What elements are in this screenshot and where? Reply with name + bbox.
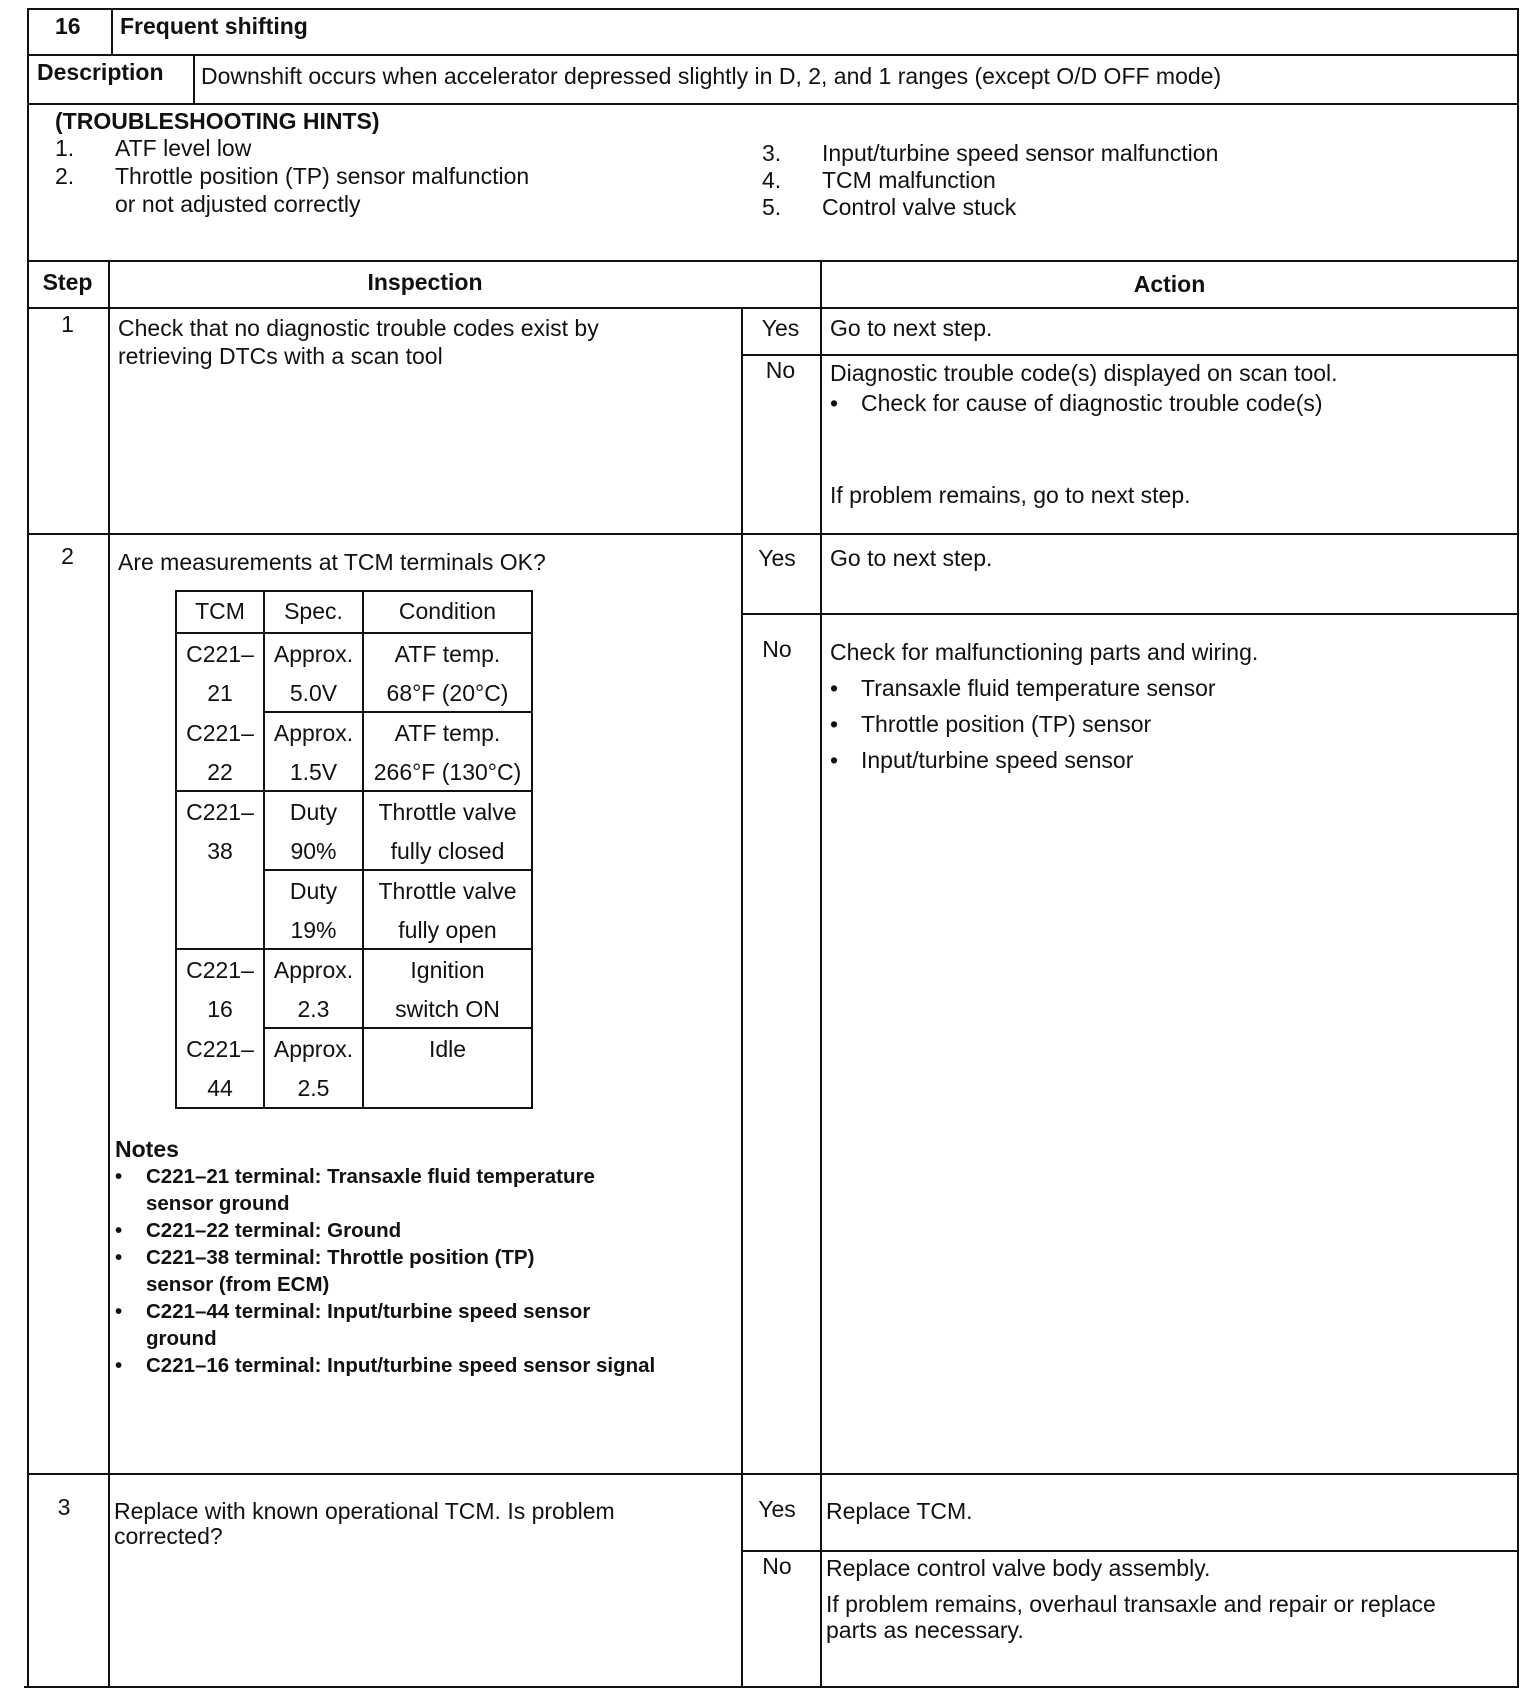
hint-text: Input/turbine speed sensor malfunction xyxy=(822,139,1218,167)
hint-text: TCM malfunction xyxy=(822,166,996,194)
table-cell-cond: 68°F (20°C) xyxy=(364,679,531,707)
no-action-bullet: Input/turbine speed sensor xyxy=(861,746,1133,774)
table-cell-tcm: 44 xyxy=(177,1074,263,1102)
border-top xyxy=(27,8,1519,10)
divider xyxy=(741,613,1519,615)
notes-title: Notes xyxy=(115,1135,179,1163)
table-cell-spec: 90% xyxy=(265,837,362,865)
divider xyxy=(741,354,1519,356)
table-cell-cond: fully closed xyxy=(364,837,531,865)
table-cell-tcm: C221– xyxy=(177,798,263,826)
hint-text: or not adjusted correctly xyxy=(115,190,360,218)
divider xyxy=(175,1107,533,1109)
table-cell-cond: Ignition xyxy=(364,956,531,984)
description-text: Downshift occurs when accelerator depres… xyxy=(201,62,1221,90)
table-cell-spec: 2.3 xyxy=(265,995,362,1023)
hint-text: Throttle position (TP) sensor malfunctio… xyxy=(115,162,529,190)
table-cell-spec: Approx. xyxy=(265,640,362,668)
divider xyxy=(27,1473,1519,1475)
hint-number: 1. xyxy=(55,134,74,162)
divider xyxy=(175,790,533,792)
step-number: 1 xyxy=(27,310,108,338)
note-item: C221–16 terminal: Input/turbine speed se… xyxy=(146,1352,655,1379)
divider xyxy=(27,533,1519,535)
no-action-bullet: Transaxle fluid temperature sensor xyxy=(861,674,1216,702)
table-cell-spec: 5.0V xyxy=(265,679,362,707)
divider xyxy=(27,260,1519,262)
note-item: C221–21 terminal: Transaxle fluid temper… xyxy=(146,1163,595,1190)
table-header-spec: Spec. xyxy=(265,597,362,625)
yes-label: Yes xyxy=(741,314,820,342)
step-number: 2 xyxy=(27,542,108,570)
table-cell-spec: Duty xyxy=(265,798,362,826)
divider xyxy=(27,54,1519,56)
no-action: Check for malfunctioning parts and wirin… xyxy=(830,638,1258,666)
divider xyxy=(27,103,1519,105)
note-item: C221–22 terminal: Ground xyxy=(146,1217,401,1244)
section-number: 16 xyxy=(55,12,81,40)
bullet-icon: • xyxy=(830,746,838,774)
yes-label: Yes xyxy=(741,1495,813,1523)
section-title: Frequent shifting xyxy=(120,12,308,40)
step-number: 3 xyxy=(27,1493,101,1521)
bullet-icon: • xyxy=(115,1244,122,1271)
table-cell-spec: 2.5 xyxy=(265,1074,362,1102)
table-cell-spec: Approx. xyxy=(265,719,362,747)
no-action: Diagnostic trouble code(s) displayed on … xyxy=(830,359,1338,387)
divider xyxy=(741,307,743,1688)
hint-number: 5. xyxy=(762,193,781,221)
table-header-condition: Condition xyxy=(364,597,531,625)
hints-title: (TROUBLESHOOTING HINTS) xyxy=(55,107,380,135)
table-cell-cond: Idle xyxy=(364,1035,531,1063)
table-cell-spec: 19% xyxy=(265,916,362,944)
note-item-continued: sensor ground xyxy=(146,1190,290,1217)
inspection-text: Replace with known operational TCM. Is p… xyxy=(114,1497,615,1525)
note-item-continued: ground xyxy=(146,1325,217,1352)
yes-action: Go to next step. xyxy=(830,544,992,572)
divider xyxy=(263,1027,533,1029)
bullet-icon: • xyxy=(115,1352,122,1379)
table-cell-spec: Duty xyxy=(265,877,362,905)
table-cell-tcm: 22 xyxy=(177,758,263,786)
bullet-icon: • xyxy=(830,710,838,738)
table-cell-tcm: 16 xyxy=(177,995,263,1023)
inspection-text: Check that no diagnostic trouble codes e… xyxy=(118,314,678,370)
yes-action: Go to next step. xyxy=(830,314,992,342)
bullet-icon: • xyxy=(115,1298,122,1325)
divider xyxy=(175,590,533,592)
divider xyxy=(27,307,1519,309)
bullet-icon: • xyxy=(830,389,838,417)
column-header-step: Step xyxy=(27,268,108,296)
table-cell-tcm: C221– xyxy=(177,640,263,668)
column-header-action: Action xyxy=(822,270,1517,298)
table-cell-tcm: C221– xyxy=(177,956,263,984)
divider xyxy=(263,711,533,713)
table-cell-cond: ATF temp. xyxy=(364,719,531,747)
table-cell-cond: fully open xyxy=(364,916,531,944)
hint-text: Control valve stuck xyxy=(822,193,1016,221)
divider xyxy=(531,590,533,1109)
no-label: No xyxy=(741,635,813,663)
bullet-icon: • xyxy=(115,1163,122,1190)
table-cell-cond: 266°F (130°C) xyxy=(364,758,531,786)
table-cell-tcm: 38 xyxy=(177,837,263,865)
table-cell-tcm: 21 xyxy=(177,679,263,707)
no-label: No xyxy=(741,1552,813,1580)
no-action-footer: If problem remains, go to next step. xyxy=(830,481,1191,509)
note-item: C221–44 terminal: Input/turbine speed se… xyxy=(146,1298,590,1325)
inspection-text: Are measurements at TCM terminals OK? xyxy=(118,548,546,576)
yes-label: Yes xyxy=(741,544,813,572)
table-cell-spec: 1.5V xyxy=(265,758,362,786)
divider xyxy=(193,54,195,103)
table-cell-cond: Throttle valve xyxy=(364,877,531,905)
yes-action: Replace TCM. xyxy=(826,1497,973,1525)
border-bottom xyxy=(24,1686,1519,1688)
table-cell-spec: Approx. xyxy=(265,956,362,984)
table-cell-tcm: C221– xyxy=(177,719,263,747)
description-label: Description xyxy=(37,58,164,86)
no-action-footer: If problem remains, overhaul transaxle a… xyxy=(826,1590,1436,1618)
divider xyxy=(741,1550,1519,1552)
hint-number: 3. xyxy=(762,139,781,167)
table-cell-tcm: C221– xyxy=(177,1035,263,1063)
bullet-icon: • xyxy=(115,1217,122,1244)
no-action-footer: parts as necessary. xyxy=(826,1616,1024,1644)
tcm-measurement-table: TCM Spec. Condition C221–21Approx.5.0VAT… xyxy=(175,590,533,1109)
no-action: Replace control valve body assembly. xyxy=(826,1554,1210,1582)
divider xyxy=(111,8,113,54)
no-action-bullet: Throttle position (TP) sensor xyxy=(861,710,1151,738)
divider xyxy=(263,869,533,871)
divider xyxy=(175,632,533,634)
note-item-continued: sensor (from ECM) xyxy=(146,1271,329,1298)
divider xyxy=(175,948,533,950)
note-item: C221–38 terminal: Throttle position (TP) xyxy=(146,1244,534,1271)
inspection-text: corrected? xyxy=(114,1522,223,1550)
bullet-icon: • xyxy=(830,674,838,702)
no-action-bullet: Check for cause of diagnostic trouble co… xyxy=(861,389,1323,417)
table-cell-cond: Throttle valve xyxy=(364,798,531,826)
hint-number: 4. xyxy=(762,166,781,194)
no-label: No xyxy=(741,356,820,384)
table-cell-cond: ATF temp. xyxy=(364,640,531,668)
table-cell-spec: Approx. xyxy=(265,1035,362,1063)
hint-text: ATF level low xyxy=(115,134,251,162)
hint-number: 2. xyxy=(55,162,74,190)
table-header-tcm: TCM xyxy=(177,597,263,625)
column-header-inspection: Inspection xyxy=(110,268,740,296)
table-cell-cond: switch ON xyxy=(364,995,531,1023)
